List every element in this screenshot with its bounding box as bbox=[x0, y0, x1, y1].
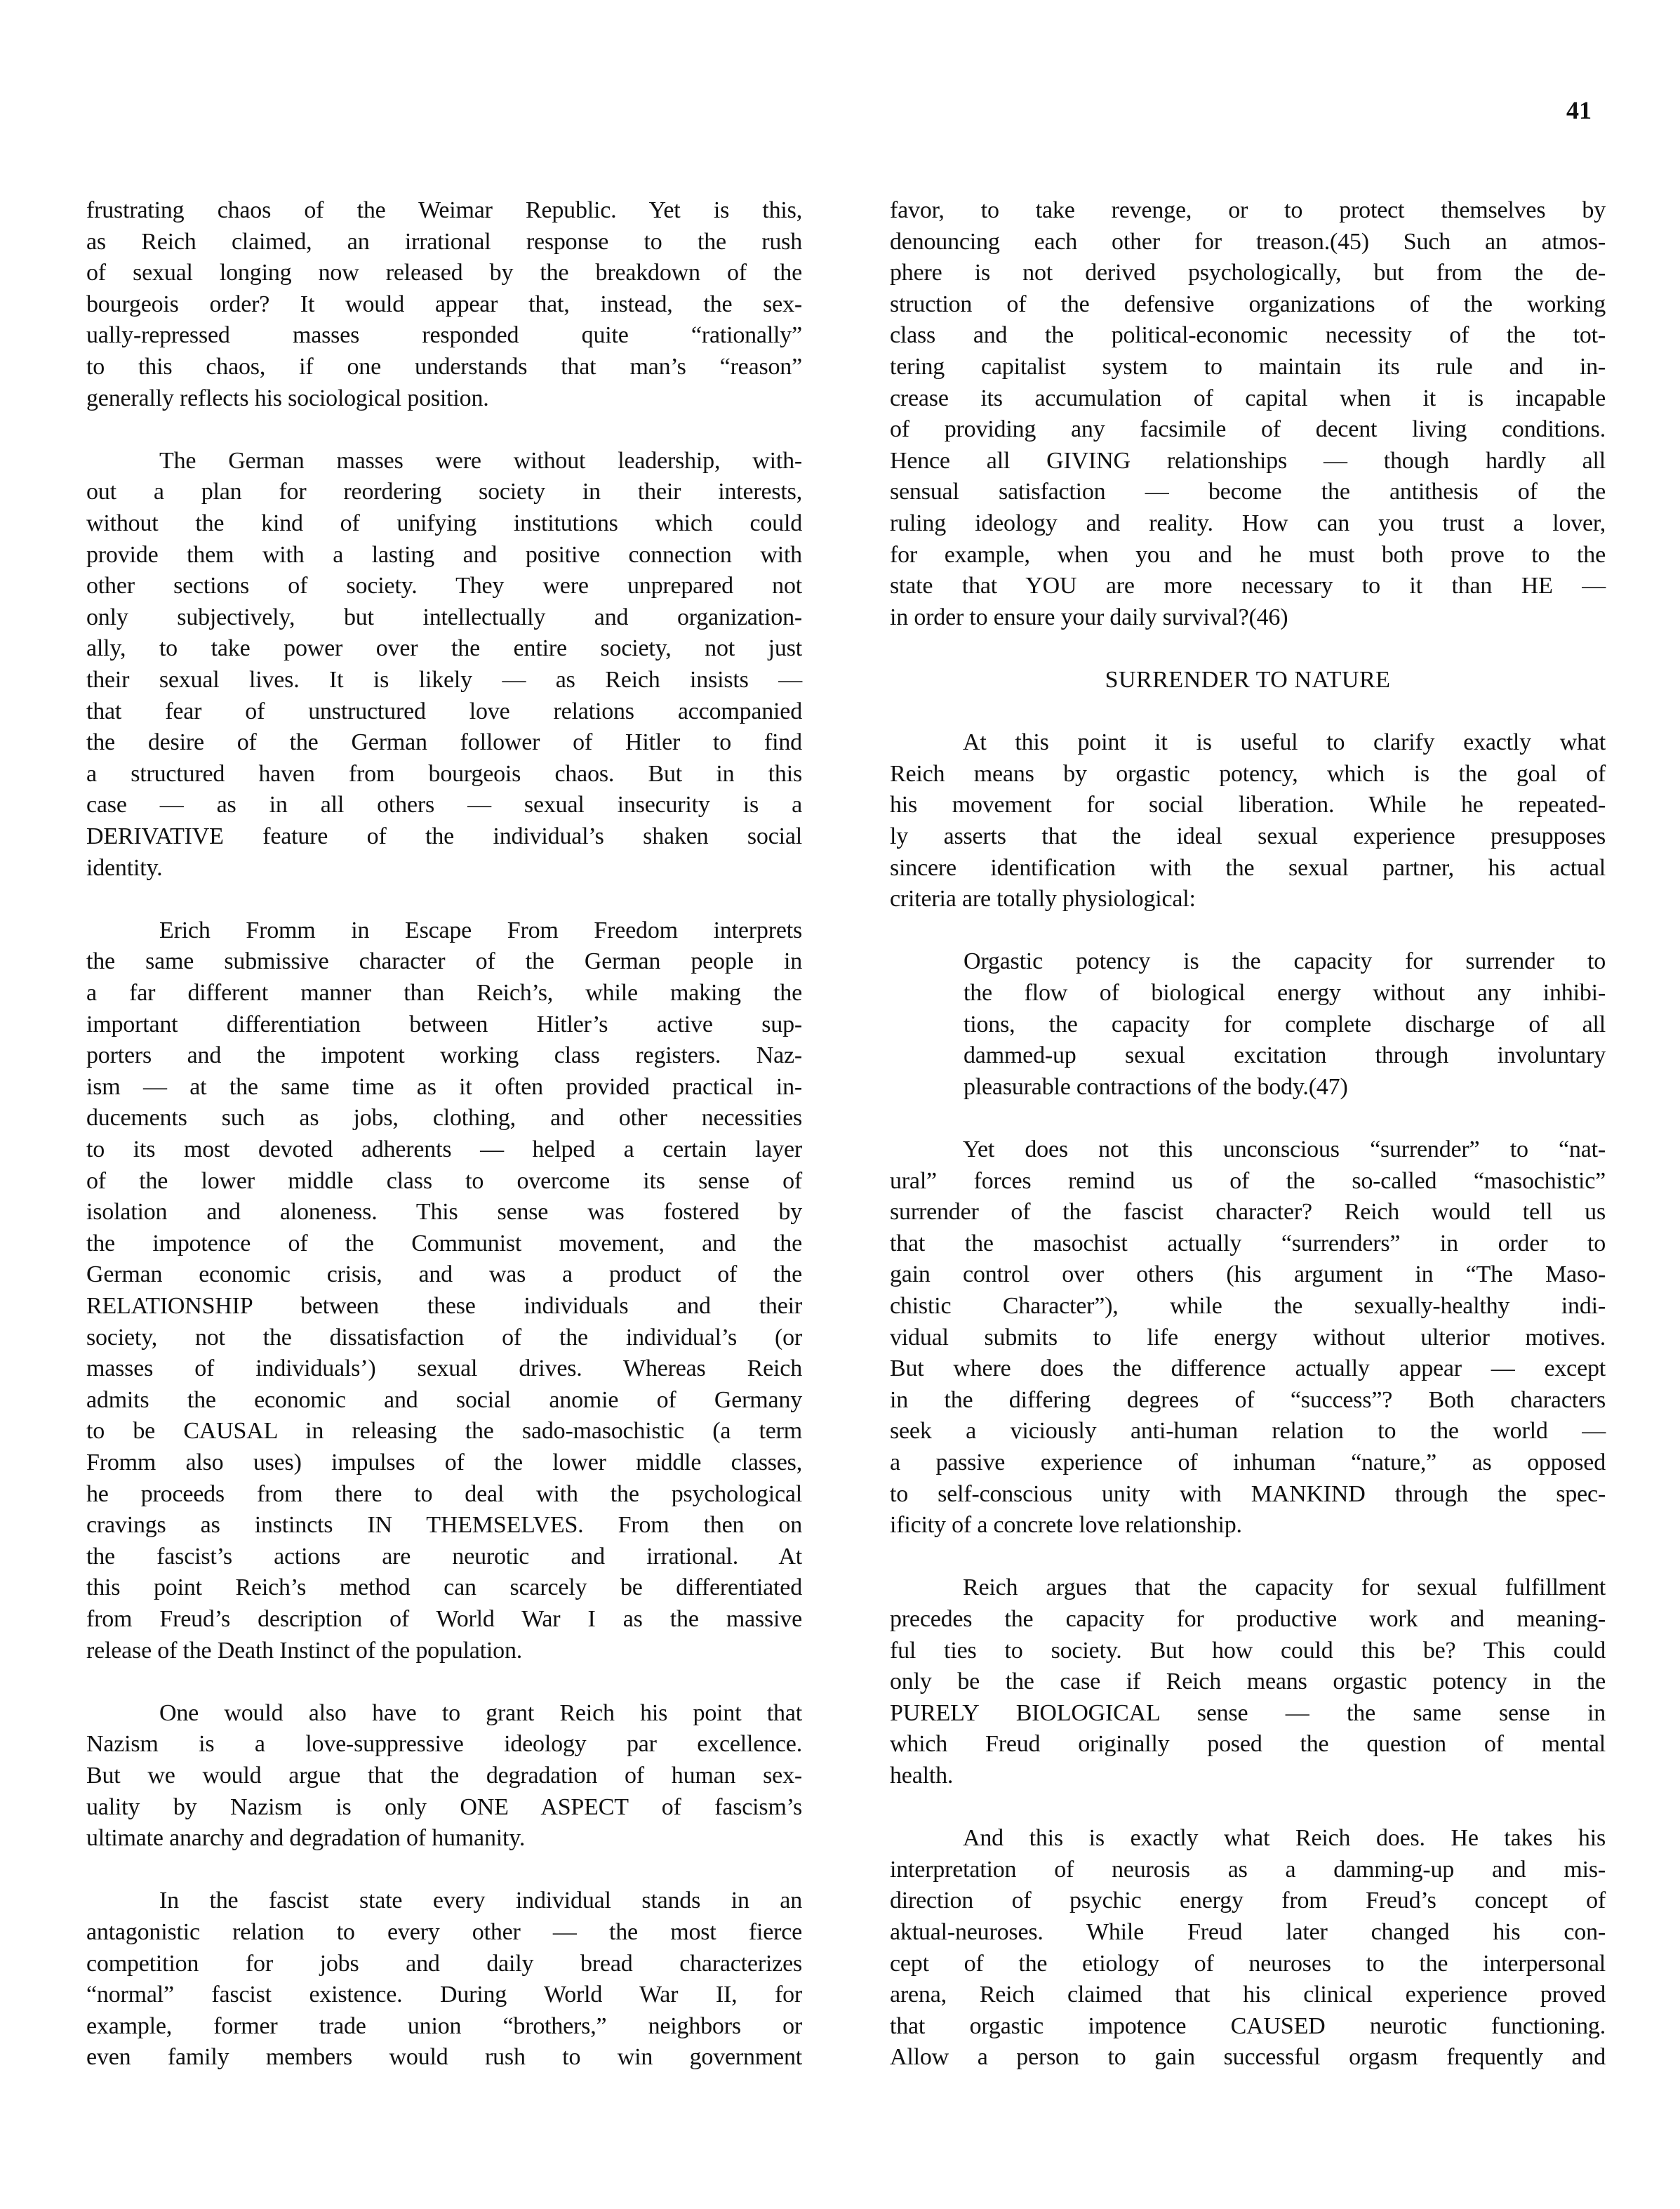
text-line: tions, the capacity for complete dischar… bbox=[890, 1009, 1606, 1041]
text-line: antagonistic relation to every other — t… bbox=[86, 1917, 802, 1949]
text-line: vidual submits to life energy without ul… bbox=[890, 1322, 1606, 1354]
text-line: Reich argues that the capacity for sexua… bbox=[890, 1572, 1606, 1604]
text-line: release of the Death Instinct of the pop… bbox=[86, 1636, 802, 1667]
heading-text: SURRENDER TO NATURE bbox=[890, 665, 1606, 696]
text-line: from Freud’s description of World War I … bbox=[86, 1604, 802, 1636]
text-line: class and the political-economic necessi… bbox=[890, 320, 1606, 352]
text-line: the impotence of the Communist movement,… bbox=[86, 1228, 802, 1260]
text-line: the fascist’s actions are neurotic and i… bbox=[86, 1541, 802, 1573]
text-line: tering capitalist system to maintain its… bbox=[890, 352, 1606, 383]
text-line: masses of individuals’) sexual drives. W… bbox=[86, 1353, 802, 1385]
text-line: only be the case if Reich means orgastic… bbox=[890, 1666, 1606, 1698]
text-line: he proceeds from there to deal with the … bbox=[86, 1479, 802, 1511]
text-line: pleasurable contractions of the body.(47… bbox=[890, 1072, 1606, 1103]
text-line: interpretation of neurosis as a damming-… bbox=[890, 1855, 1606, 1886]
text-line: porters and the impotent working class r… bbox=[86, 1040, 802, 1072]
text-line: uality by Nazism is only ONE ASPECT of f… bbox=[86, 1792, 802, 1824]
text-line: competition for jobs and daily bread cha… bbox=[86, 1949, 802, 1980]
text-line: to this chaos, if one understands that m… bbox=[86, 352, 802, 383]
text-line: generally reflects his sociological posi… bbox=[86, 383, 802, 415]
text-line: of providing any facsimile of decent liv… bbox=[890, 414, 1606, 446]
text-line: “normal” fascist existence. During World… bbox=[86, 1979, 802, 2011]
text-line: a passive experience of inhuman “nature,… bbox=[890, 1447, 1606, 1479]
text-line: admits the economic and social anomie of… bbox=[86, 1385, 802, 1417]
text-line: surrender of the fascist character? Reic… bbox=[890, 1197, 1606, 1228]
text-line: arena, Reich claimed that his clinical e… bbox=[890, 1979, 1606, 2011]
text-line: Allow a person to gain successful orgasm… bbox=[890, 2042, 1606, 2074]
text-line: In the fascist state every individual st… bbox=[86, 1885, 802, 1917]
text-line: At this point it is useful to clarify ex… bbox=[890, 727, 1606, 759]
text-line: the desire of the German follower of Hit… bbox=[86, 727, 802, 759]
text-line: ural” forces remind us of the so-called … bbox=[890, 1166, 1606, 1198]
text-line: ly asserts that the ideal sexual experie… bbox=[890, 821, 1606, 853]
text-line: society, not the dissatisfaction of the … bbox=[86, 1322, 802, 1354]
text-line: ruling ideology and reality. How can you… bbox=[890, 508, 1606, 540]
text-line: The German masses were without leadershi… bbox=[86, 446, 802, 477]
text-line: seek a viciously anti-human relation to … bbox=[890, 1416, 1606, 1447]
text-line: Hence all GIVING relationships — though … bbox=[890, 446, 1606, 477]
text-line: health. bbox=[890, 1760, 1606, 1792]
text-line: dammed-up sexual excitation through invo… bbox=[890, 1040, 1606, 1072]
text-line: But we would argue that the degradation … bbox=[86, 1760, 802, 1792]
text-line: their sexual lives. It is likely — as Re… bbox=[86, 665, 802, 696]
text-line: provide them with a lasting and positive… bbox=[86, 540, 802, 571]
text-line: to its most devoted adherents — helped a… bbox=[86, 1134, 802, 1166]
text-line: the same submissive character of the Ger… bbox=[86, 946, 802, 978]
text-line: Nazism is a love-suppressive ideology pa… bbox=[86, 1729, 802, 1760]
text-line: ducements such as jobs, clothing, and ot… bbox=[86, 1103, 802, 1134]
text-line: of the lower middle class to overcome it… bbox=[86, 1166, 802, 1198]
text-line: state that YOU are more necessary to it … bbox=[890, 571, 1606, 602]
text-line: denouncing each other for treason.(45) S… bbox=[890, 227, 1606, 258]
text-line: of sexual longing now released by the br… bbox=[86, 258, 802, 289]
text-line: phere is not derived psychologically, bu… bbox=[890, 258, 1606, 289]
text-line: even family members would rush to win go… bbox=[86, 2042, 802, 2074]
text-line: And this is exactly what Reich does. He … bbox=[890, 1823, 1606, 1855]
text-line: a far different manner than Reich’s, whi… bbox=[86, 978, 802, 1009]
text-line: important differentiation between Hitler… bbox=[86, 1009, 802, 1041]
text-line: ful ties to society. But how could this … bbox=[890, 1636, 1606, 1667]
text-line: to self-conscious unity with MANKIND thr… bbox=[890, 1479, 1606, 1511]
text-line: cravings as instincts IN THEMSELVES. Fro… bbox=[86, 1510, 802, 1541]
text-line: aktual-neuroses. While Freud later chang… bbox=[890, 1917, 1606, 1949]
text-line: ificity of a concrete love relationship. bbox=[890, 1510, 1606, 1541]
text-line: as Reich claimed, an irrational response… bbox=[86, 227, 802, 258]
text-line: ally, to take power over the entire soci… bbox=[86, 633, 802, 665]
text-line: bourgeois order? It would appear that, i… bbox=[86, 289, 802, 321]
text-line: identity. bbox=[86, 853, 802, 884]
text-line: only subjectively, but intellectually an… bbox=[86, 602, 802, 634]
text-line: PURELY BIOLOGICAL sense — the same sense… bbox=[890, 1698, 1606, 1730]
text-line: sincere identification with the sexual p… bbox=[890, 853, 1606, 884]
text-line: precedes the capacity for productive wor… bbox=[890, 1604, 1606, 1636]
text-line: other sections of society. They were unp… bbox=[86, 571, 802, 602]
text-line: crease its accumulation of capital when … bbox=[890, 383, 1606, 415]
text-line: German economic crisis, and was a produc… bbox=[86, 1259, 802, 1291]
page-number: 41 bbox=[1544, 93, 1614, 128]
text-line: that the masochist actually “surrenders”… bbox=[890, 1228, 1606, 1260]
text-line: Erich Fromm in Escape From Freedom inter… bbox=[86, 915, 802, 947]
text-line: RELATIONSHIP between these individuals a… bbox=[86, 1291, 802, 1322]
text-line: a structured haven from bourgeois chaos.… bbox=[86, 759, 802, 790]
text-line: ultimate anarchy and degradation of huma… bbox=[86, 1823, 802, 1855]
text-line: frustrating chaos of the Weimar Republic… bbox=[86, 195, 802, 227]
text-line: criteria are totally physiological: bbox=[890, 884, 1606, 915]
text-line: that orgastic impotence CAUSED neurotic … bbox=[890, 2011, 1606, 2043]
text-line: gain control over others (his argument i… bbox=[890, 1259, 1606, 1291]
text-line: cept of the etiology of neuroses to the … bbox=[890, 1949, 1606, 1980]
text-line: out a plan for reordering society in the… bbox=[86, 477, 802, 508]
text-line: Fromm also uses) impulses of the lower m… bbox=[86, 1447, 802, 1479]
text-line: without the kind of unifying institution… bbox=[86, 508, 802, 540]
text-line: Orgastic potency is the capacity for sur… bbox=[890, 946, 1606, 978]
text-line: example, former trade union “brothers,” … bbox=[86, 2011, 802, 2043]
text-line: chistic Character”), while the sexually-… bbox=[890, 1291, 1606, 1322]
text-line: this point Reich’s method can scarcely b… bbox=[86, 1572, 802, 1604]
text-line: direction of psychic energy from Freud’s… bbox=[890, 1885, 1606, 1917]
text-line: ism — at the same time as it often provi… bbox=[86, 1072, 802, 1103]
text-line: One would also have to grant Reich his p… bbox=[86, 1698, 802, 1730]
text-line: sensual satisfaction — become the antith… bbox=[890, 477, 1606, 508]
text-line: to be CAUSAL in releasing the sado-masoc… bbox=[86, 1416, 802, 1447]
text-line: in order to ensure your daily survival?(… bbox=[890, 602, 1606, 634]
text-line: But where does the difference actually a… bbox=[890, 1353, 1606, 1385]
text-line: that fear of unstructured love relations… bbox=[86, 696, 802, 728]
text-line: his movement for social liberation. Whil… bbox=[890, 790, 1606, 821]
text-line: ually-repressed masses responded quite “… bbox=[86, 320, 802, 352]
text-line: Reich means by orgastic potency, which i… bbox=[890, 759, 1606, 790]
text-line: Yet does not this unconscious “surrender… bbox=[890, 1134, 1606, 1166]
text-line: for example, when you and he must both p… bbox=[890, 540, 1606, 571]
text-line: favor, to take revenge, or to protect th… bbox=[890, 195, 1606, 227]
text-line: case — as in all others — sexual insecur… bbox=[86, 790, 802, 821]
text-line: DERIVATIVE feature of the individual’s s… bbox=[86, 821, 802, 853]
text-line: the flow of biological energy without an… bbox=[890, 978, 1606, 1009]
text-line: in the differing degrees of “success”? B… bbox=[890, 1385, 1606, 1417]
text-line: which Freud originally posed the questio… bbox=[890, 1729, 1606, 1760]
text-line: struction of the defensive organizations… bbox=[890, 289, 1606, 321]
text-line: isolation and aloneness. This sense was … bbox=[86, 1197, 802, 1228]
